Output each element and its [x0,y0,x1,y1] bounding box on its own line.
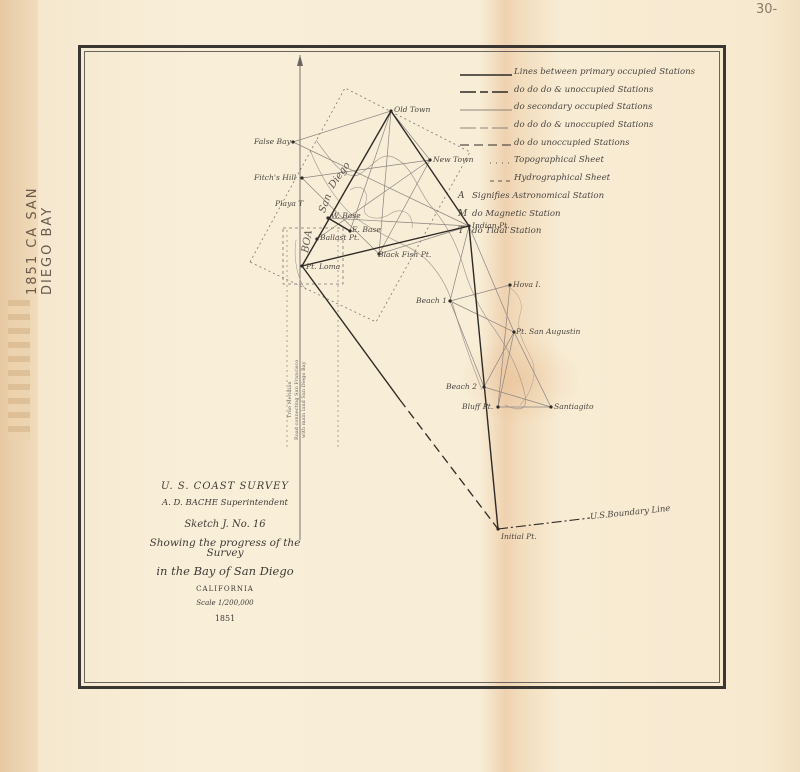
title-state: CALIFORNIA [130,586,320,593]
station-label-santiagito: Santiagito [554,402,594,411]
legend-item: do do unoccupied Stations [514,138,630,148]
legend-symbol: A [458,191,465,201]
legend: Lines between primary occupied Stations … [458,66,720,243]
primary-dashed-line [400,400,498,529]
road-note-1: Road connecting San Francisco [294,360,300,440]
station-label-beach-2: Beach 2 [446,382,477,391]
station-label-fitchs-hill: Fitch's Hill [254,173,296,182]
station-label-black-fish-pt: Black Fish Pt. [378,250,431,259]
legend-symbol-desc: do Magnetic Station [472,209,561,219]
title-block: U. S. COAST SURVEY A. D. BACHE Superinte… [130,482,320,623]
legend-item: Lines between primary occupied Stations [514,67,695,77]
title-sketch-number: Sketch J. No. 16 [130,520,320,530]
station-label-playa: Playa T [275,199,303,208]
title-agency: U. S. COAST SURVEY [130,482,320,492]
title-location: in the Bay of San Diego [130,566,320,578]
us-boundary-line [498,518,590,529]
station-label-new-town: New Town [433,155,474,164]
legend-symbol: T [458,226,464,236]
station-label-old-town: Old Town [394,105,430,114]
station-label-beach-1: Beach 1 [416,296,447,305]
legend-symbol-desc: Signifies Astronomical Station [472,191,604,201]
station-label-pt-san-augustin: Pt. San Augustin [516,327,580,336]
legend-item: Topographical Sheet [514,155,604,165]
legend-symbol: M [458,209,467,219]
title-superintendent: A. D. BACHE Superintendent [130,499,320,508]
station-label-ballast-pt: Ballast Pt. [320,233,359,242]
legend-item: do secondary occupied Stations [514,102,652,112]
title-year: 1851 [130,615,320,623]
legend-item: do do do & unoccupied Stations [514,120,653,130]
station-label-w-base: W. Base [331,211,361,220]
title-description: Showing the progress of the Survey [130,538,320,559]
station-label-hova-i: Hova I. [513,280,541,289]
station-label-indian-pt: Indian Pt. [472,221,510,230]
station-label-false-bay: False Bay [254,137,291,146]
station-label-bluff-pt: Bluff Pt. [462,402,493,411]
station-label-pt-loma: Pt. Loma [306,262,340,271]
legend-item: do do do & unoccupied Stations [514,85,653,95]
meridian-note: True Meridian [287,381,293,418]
road-note-2: with main land San Diego Bay [301,362,307,438]
station-label-initial-pt: Initial Pt. [501,532,537,541]
meridian-arrow-icon [297,55,303,66]
legend-item: Hydrographical Sheet [514,173,610,183]
title-scale: Scale 1/200,000 [130,600,320,607]
